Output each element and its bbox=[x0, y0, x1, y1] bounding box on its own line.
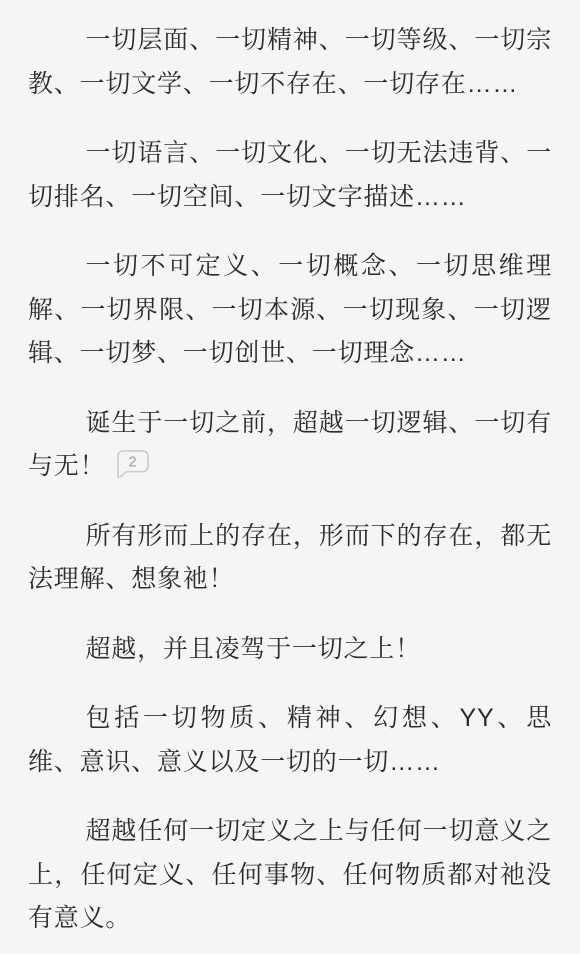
paragraph-7: 包括一切物质、精神、幻想、YY、思维、意识、意义以及一切的一切…… bbox=[28, 697, 552, 784]
paragraph-8: 超越任何一切定义之上与任何一切意义之上，任何定义、任何事物、任何物质都对祂没有意… bbox=[28, 810, 552, 941]
citation-number: 2 bbox=[129, 454, 138, 470]
paragraph-6: 超越，并且凌驾于一切之上！ bbox=[28, 628, 552, 672]
paragraph-1: 一切层面、一切精神、一切等级、一切宗教、一切文学、一切不存在、一切存在…… bbox=[28, 19, 552, 106]
article-body: 一切层面、一切精神、一切等级、一切宗教、一切文学、一切不存在、一切存在…… 一切… bbox=[0, 0, 580, 941]
paragraph-2: 一切语言、一切文化、一切无法违背、一切排名、一切空间、一切文字描述…… bbox=[28, 132, 552, 219]
citation-ref-link[interactable]: 2 bbox=[115, 450, 150, 479]
paragraph-3: 一切不可定义、一切概念、一切思维理解、一切界限、一切本源、一切现象、一切逻辑、一… bbox=[28, 245, 552, 376]
paragraph-4-text: 诞生于一切之前，超越一切逻辑、一切有与无！ bbox=[28, 409, 552, 481]
paragraph-5: 所有形而上的存在，形而下的存在，都无法理解、想象祂！ bbox=[28, 515, 552, 602]
paragraph-4: 诞生于一切之前，超越一切逻辑、一切有与无！ 2 bbox=[28, 402, 552, 489]
citation-bubble-icon: 2 bbox=[115, 450, 150, 479]
